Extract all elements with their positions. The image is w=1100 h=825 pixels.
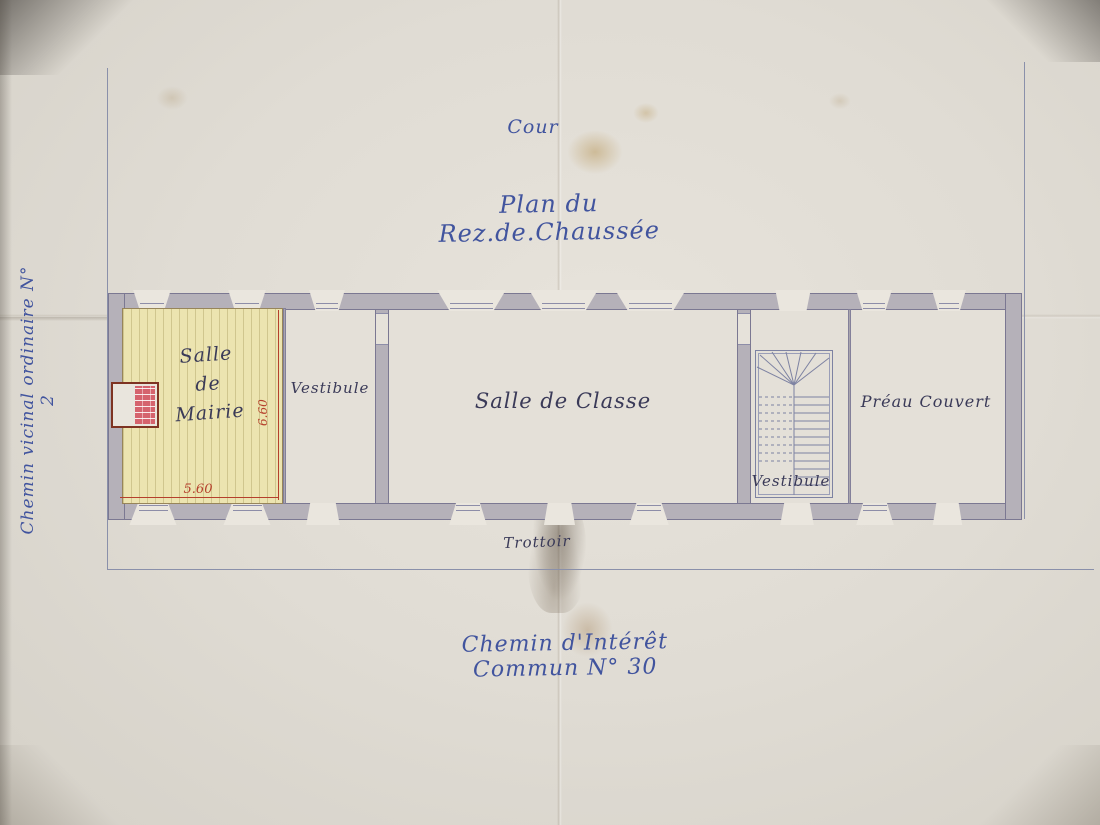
salle-de-mairie-label: Salle de Mairie [145,337,271,432]
window-sill-line [637,505,661,511]
right-boundary-line [1024,62,1025,519]
window-sill-line [863,303,885,309]
cour-label: Cour [493,116,573,138]
window-opening [308,290,346,311]
window-sill-line [863,505,886,511]
photo-corner-shadow [0,0,150,75]
door-opening [772,290,814,311]
plan-title: Plan du Rez.de.Chaussée [399,187,700,248]
door-opening [777,503,817,525]
window-sill-line [542,303,584,309]
window-sill-line [456,505,479,511]
dimension-line-width [120,497,278,498]
trottoir-label: Trottoir [492,531,583,552]
window-sill-line [629,303,673,309]
window-sill-line [939,303,960,309]
stain [828,92,852,110]
preau-couvert-label: Préau Couvert [851,392,1001,411]
door-opening [738,313,750,345]
door-opening [541,503,578,525]
dimension-line-depth [278,310,279,500]
window-opening [435,290,508,311]
bottom-wall [108,503,1022,520]
vestibule-entree-label: Vestibule [285,379,375,397]
dimension-width-label: 5.60 [163,482,233,497]
partition-vestibule-classe [375,309,389,504]
window-opening [448,503,488,525]
road-bottom-label: Chemin d'Intérêt Commun N° 30 [415,628,716,683]
window-opening [931,290,967,311]
window-sill-line [450,303,492,309]
door-opening [303,503,343,525]
window-sill-line [316,303,338,309]
photo-corner-shadow [0,745,140,825]
window-opening [527,290,600,311]
stain [155,85,189,111]
window-opening [855,503,895,525]
trottoir-edge-line [107,569,1094,570]
stain [565,128,625,176]
door-opening [376,313,388,345]
window-opening [128,503,178,525]
stain [632,102,660,124]
road-left-label: Chemin vicinal ordinaire N° 2 [18,265,48,535]
photo-corner-shadow [960,745,1100,825]
window-opening [613,290,688,311]
photo-corner-shadow [970,0,1100,62]
right-wall [1005,293,1022,520]
building-plan: 5.60 6.60 Salle de Mairie Vestibule Sall… [108,293,1022,520]
door-opening [930,503,965,525]
vestibule-escalier-label: Vestibule [746,472,836,490]
window-sill-line [233,505,262,511]
salle-de-classe-label: Salle de Classe [408,389,718,413]
floor-plan-photo: Cour Plan du Rez.de.Chaussée Trottoir Ch… [0,0,1100,825]
window-sill-line [139,505,168,511]
window-opening [222,503,272,525]
window-opening [855,290,893,311]
window-opening [628,503,670,525]
photo-edge-shadow [0,0,12,825]
partition-mairie-vestibule [283,308,286,504]
